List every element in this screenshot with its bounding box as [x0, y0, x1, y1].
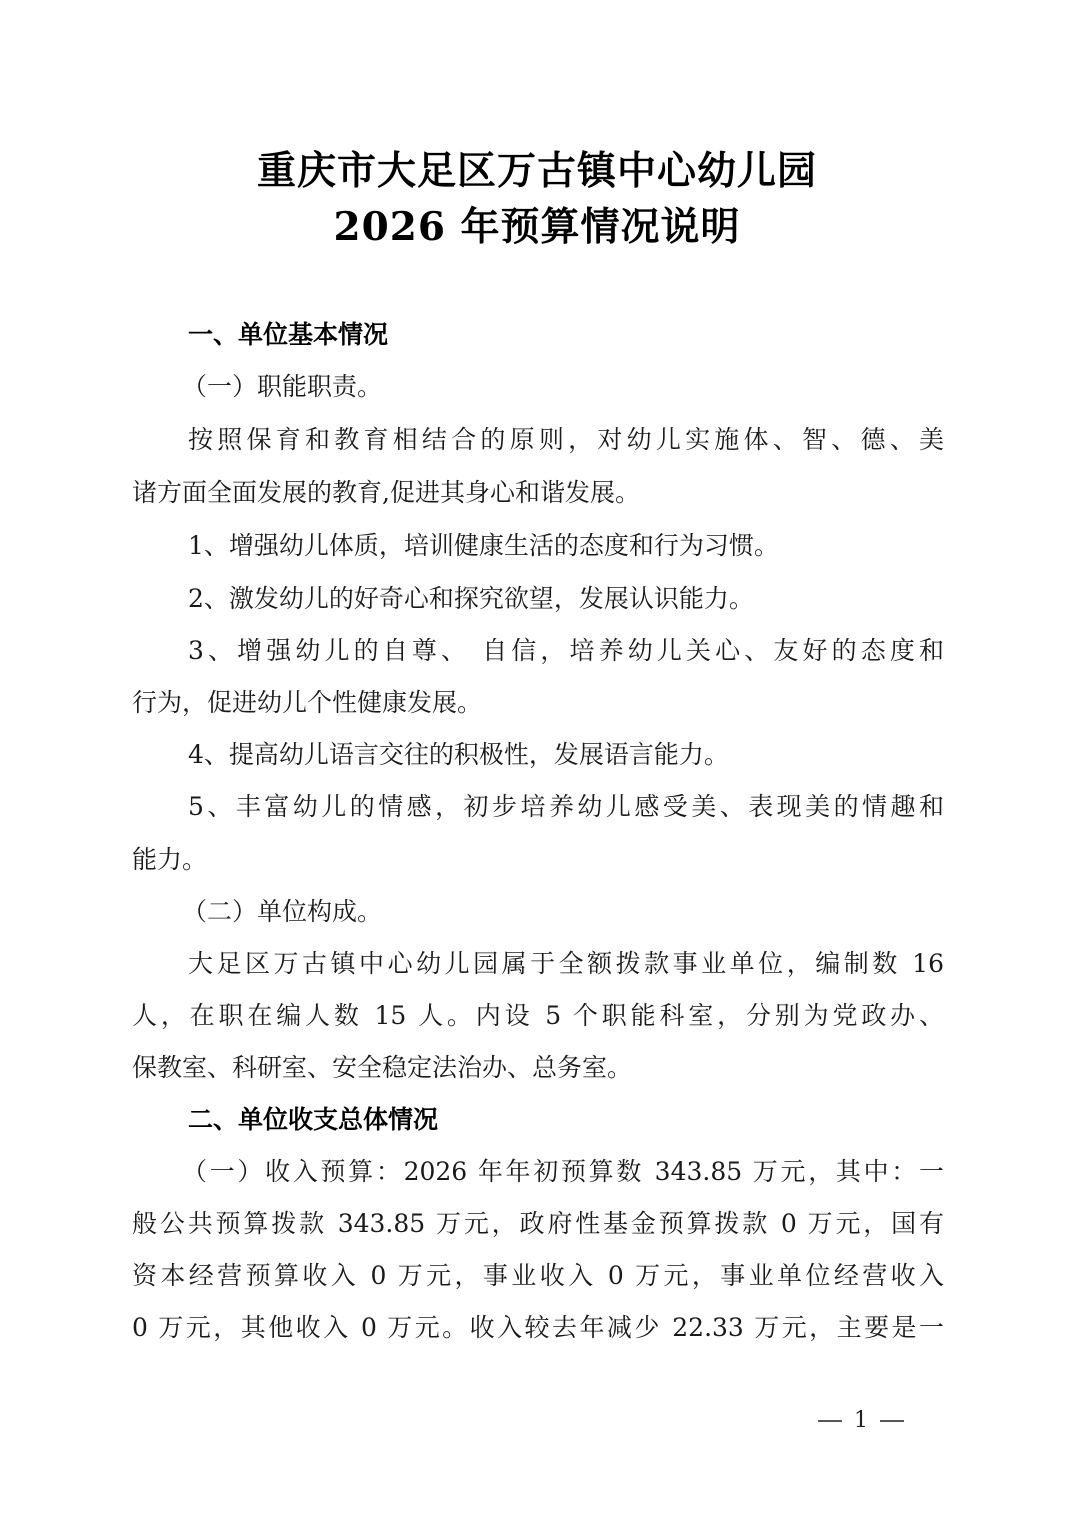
duty-item-4: 4、提高幼儿语言交往的积极性，发展语言能力。 [132, 740, 944, 770]
duties-paragraph-line1: 按照保育和教育相结合的原则，对幼儿实施体、智、德、美 [132, 425, 944, 455]
structure-paragraph-line2: 人，在职在编人数 15 人。内设 5 个职能科室，分别为党政办、 [132, 1001, 944, 1031]
structure-paragraph-line1: 大足区万古镇中心幼儿园属于全额拨款事业单位，编制数 16 [132, 949, 944, 979]
subsection-duties-heading: （一）职能职责。 [132, 372, 994, 402]
section2-heading: 二、单位收支总体情况 [132, 1105, 944, 1135]
duty-item-2: 2、激发幼儿的好奇心和探究欲望，发展认识能力。 [132, 584, 944, 614]
document-title-line2: 2026 年预算情况说明 [0, 196, 1074, 252]
duty-item-5-line2: 能力。 [132, 845, 944, 875]
section1-heading: 一、单位基本情况 [132, 320, 944, 350]
duty-item-5-line1: 5、丰富幼儿的情感，初步培养幼儿感受美、表现美的情趣和 [132, 792, 944, 822]
page-number-dash-left [818, 1420, 842, 1422]
page-number-dash-right [880, 1420, 904, 1422]
page-number: 1 [818, 1408, 904, 1433]
income-paragraph-line2: 般公共预算拨款 343.85 万元，政府性基金预算拨款 0 万元，国有 [132, 1209, 944, 1239]
duty-item-3-line2: 行为，促进幼儿个性健康发展。 [132, 688, 944, 718]
income-paragraph-line1: （一）收入预算：2026 年年初预算数 343.85 万元，其中：一 [132, 1157, 944, 1187]
structure-paragraph-line3: 保教室、科研室、安全稳定法治办、总务室。 [132, 1053, 944, 1083]
duties-paragraph-line2: 诸方面全面发展的教育,促进其身心和谐发展。 [132, 478, 944, 508]
income-paragraph-line4: 0 万元，其他收入 0 万元。收入较去年减少 22.33 万元，主要是一 [132, 1313, 944, 1343]
document-title-line1: 重庆市大足区万古镇中心幼儿园 [0, 140, 1074, 196]
income-paragraph-line3: 资本经营预算收入 0 万元，事业收入 0 万元，事业单位经营收入 [132, 1261, 944, 1291]
duty-item-3-line1: 3、增强幼儿的自尊、 自信，培养幼儿关心、友好的态度和 [132, 636, 944, 666]
duty-item-1: 1、增强幼儿体质，培训健康生活的态度和行为习惯。 [132, 531, 944, 561]
subsection-structure-heading: （二）单位构成。 [132, 897, 994, 927]
page-number-value: 1 [854, 1408, 868, 1433]
